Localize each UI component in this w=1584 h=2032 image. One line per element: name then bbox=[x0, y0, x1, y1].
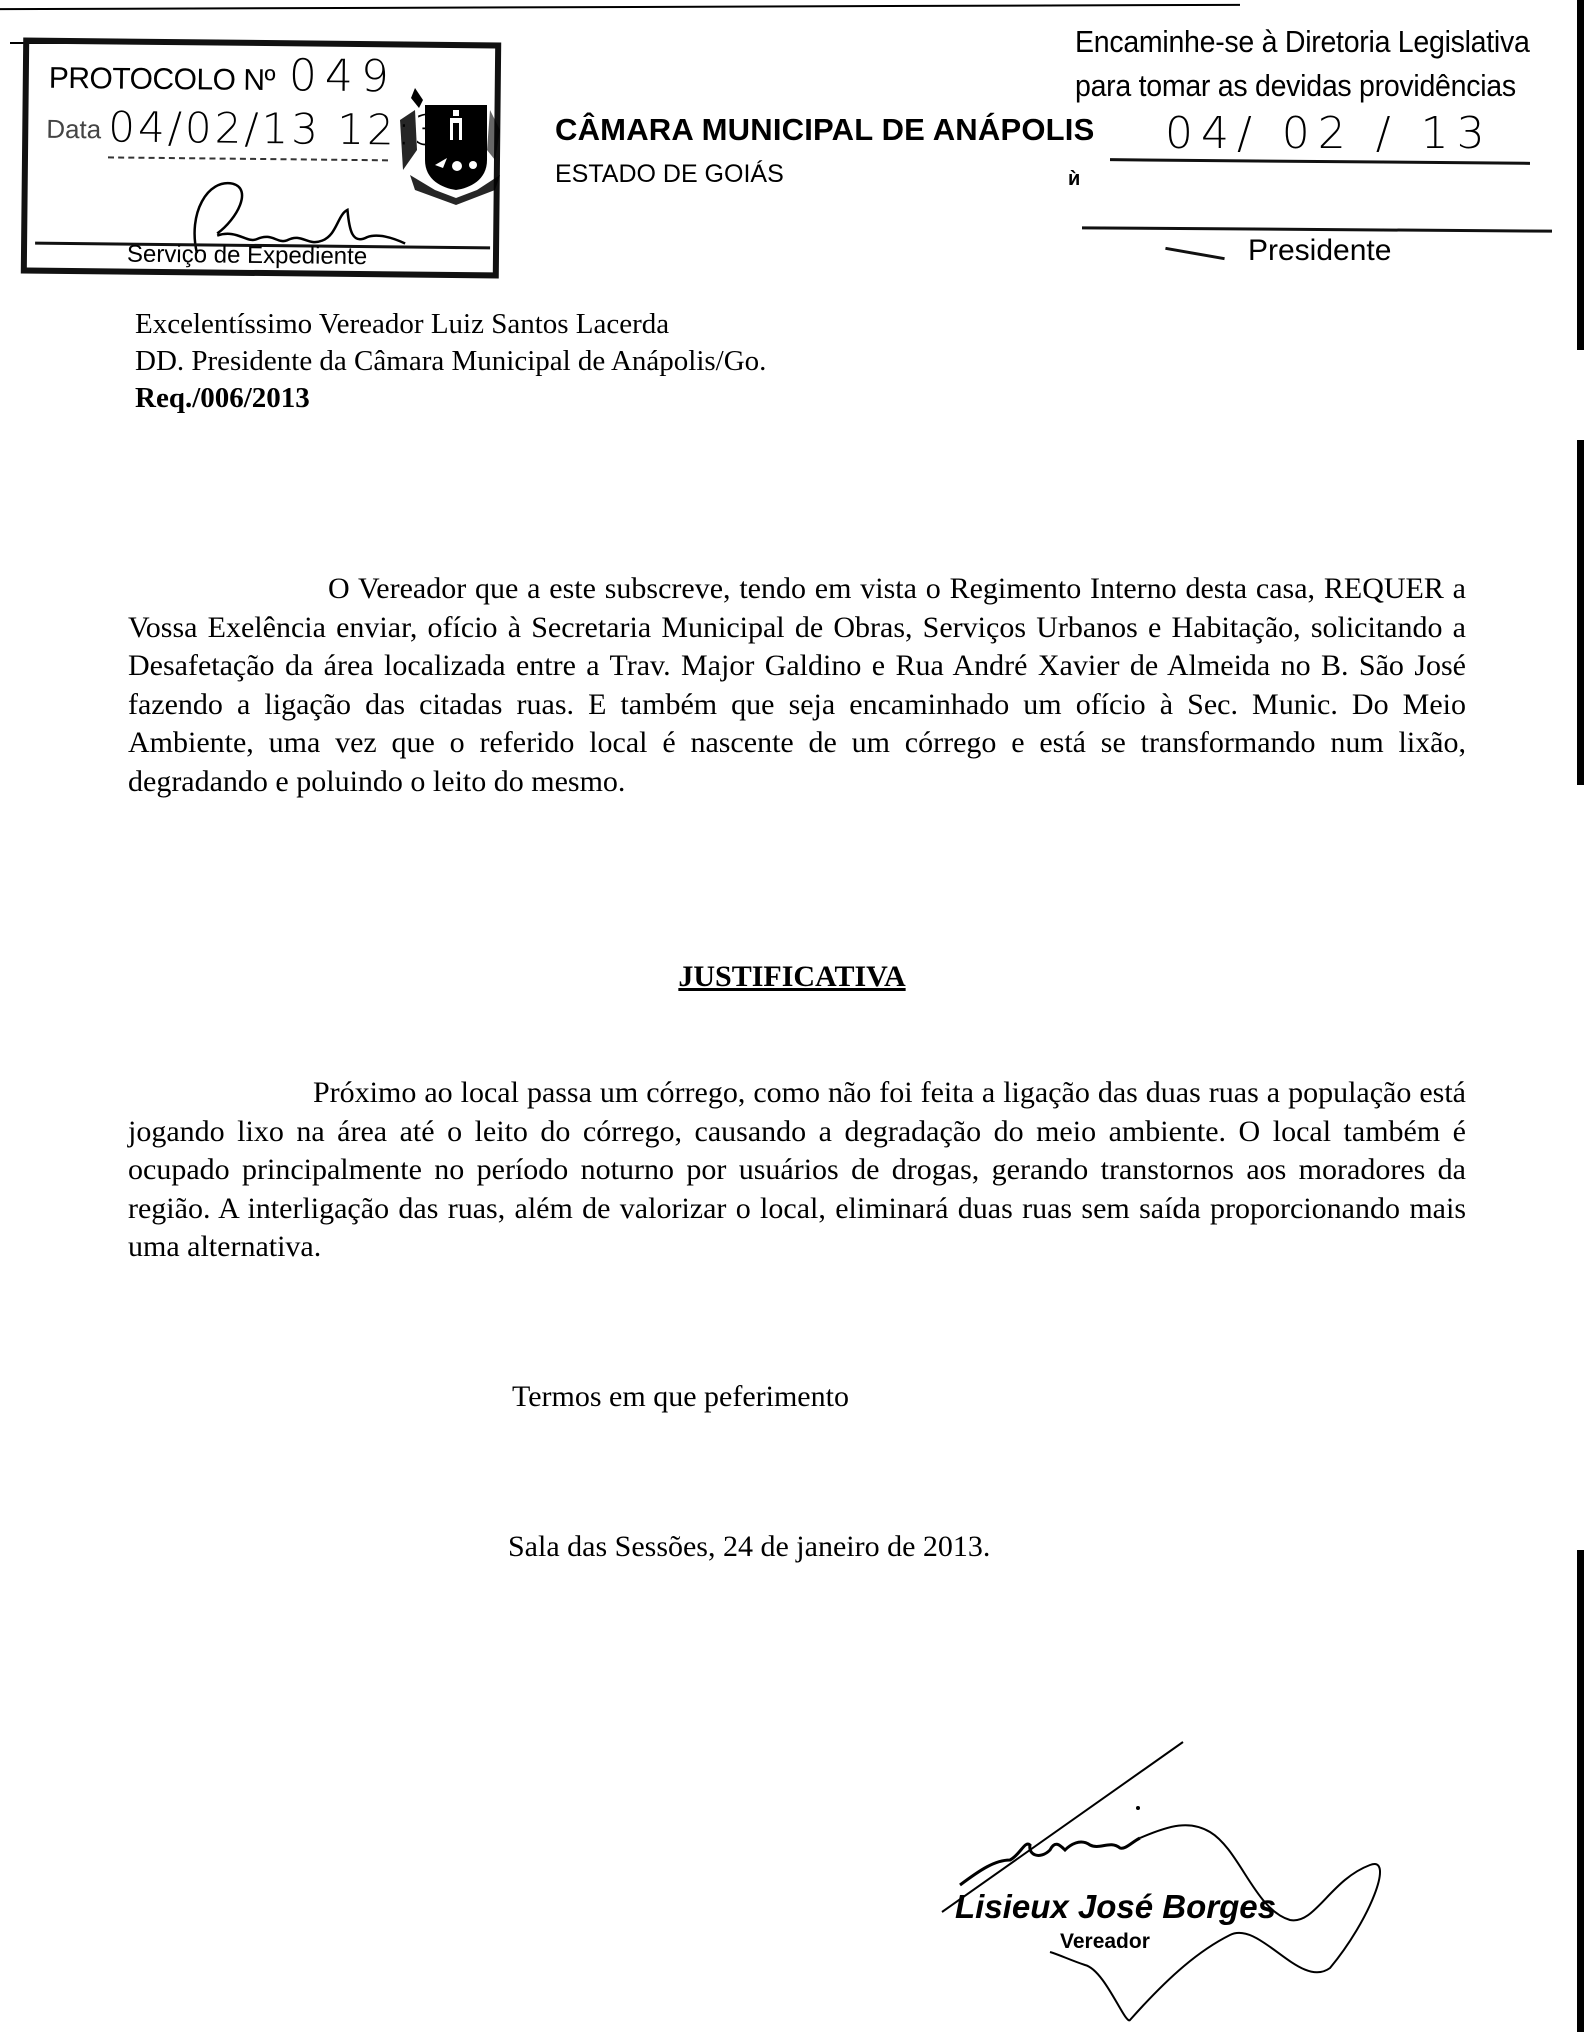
dispatch-signer-role: Presidente bbox=[1248, 234, 1391, 268]
justification-heading: JUSTIFICATIVA bbox=[0, 960, 1584, 994]
request-text: O Vereador que a este subscreve, tendo e… bbox=[128, 572, 1466, 798]
protocol-date-underline bbox=[108, 156, 388, 163]
municipal-crest-icon bbox=[395, 80, 505, 205]
scan-artifact-edge-bar bbox=[1577, 440, 1584, 785]
dispatch-date: 04/ 02 / 13 bbox=[1165, 108, 1493, 159]
dispatch-instruction-line2: para tomar as devidas providências bbox=[1075, 68, 1516, 104]
closing-phrase: Termos em que peferimento bbox=[512, 1380, 849, 1414]
protocol-label: PROTOCOLO Nº bbox=[49, 62, 275, 98]
signature-scribble bbox=[900, 1720, 1450, 2032]
recipient-title: DD. Presidente da Câmara Municipal de An… bbox=[135, 345, 766, 378]
protocol-number: 049 bbox=[289, 50, 398, 102]
dispatch-date-line bbox=[1110, 158, 1530, 165]
request-paragraph: O Vereador que a este subscreve, tendo e… bbox=[128, 570, 1466, 801]
scan-artifact-top-line bbox=[0, 4, 1240, 10]
organization-name: CÂMARA MUNICIPAL DE ANÁPOLIS bbox=[555, 112, 1095, 148]
organization-state: ESTADO DE GOIÁS bbox=[555, 160, 784, 189]
signer-role: Vereador bbox=[1060, 1930, 1150, 1954]
dispatch-signature-stroke bbox=[1165, 247, 1225, 260]
scan-artifact-edge-bar bbox=[1577, 0, 1584, 350]
protocol-date-label: Data bbox=[46, 114, 101, 146]
scan-artifact-edge-bar bbox=[1577, 1550, 1584, 2032]
dispatch-instruction-line1: Encaminhe-se à Diretoria Legislativa bbox=[1075, 24, 1530, 60]
justification-paragraph: Próximo ao local passa um córrego, como … bbox=[128, 1074, 1466, 1267]
recipient-name: Excelentíssimo Vereador Luiz Santos Lace… bbox=[135, 308, 669, 341]
request-reference: Req./006/2013 bbox=[135, 382, 310, 415]
place-and-date: Sala das Sessões, 24 de janeiro de 2013. bbox=[508, 1530, 990, 1564]
justification-text: Próximo ao local passa um córrego, como … bbox=[128, 1076, 1466, 1263]
signer-name: Lisieux José Borges bbox=[955, 1888, 1276, 1926]
dispatch-signature-line bbox=[1082, 226, 1552, 232]
dispatch-ink-mark: ѝ bbox=[1068, 168, 1080, 191]
protocol-service-label: Serviço de Expediente bbox=[127, 241, 367, 272]
